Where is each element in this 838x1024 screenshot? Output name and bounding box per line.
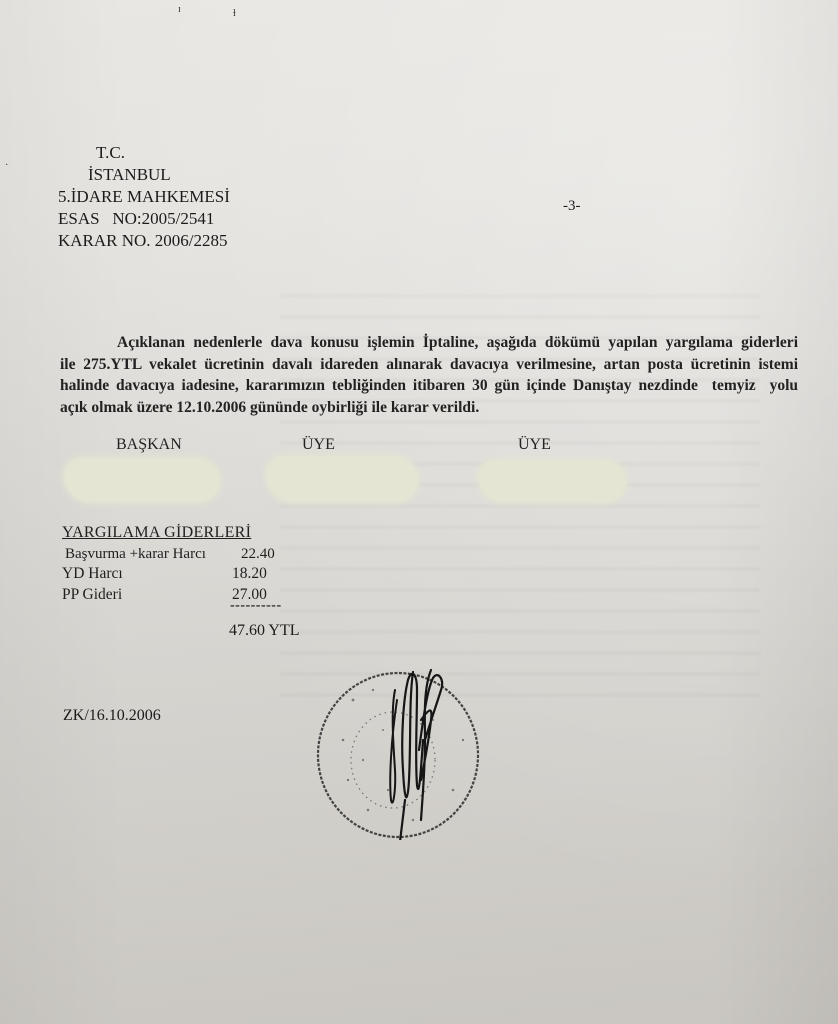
ink-speck: · (5, 160, 8, 171)
costs-title: YARGILAMA GİDERLERİ (62, 523, 251, 544)
cost-label: Başvurma +karar Harcı (65, 544, 206, 565)
paragraph-line: açık olmak üzere 12.10.2006 gününde oybi… (60, 397, 798, 419)
header-decision-number: KARAR NO. 2006/2285 (58, 230, 230, 252)
redacted-name-president (64, 458, 220, 502)
paragraph-line: halinde davacıya iadesine, kararımızın t… (60, 375, 798, 397)
reference-date: ZK/16.10.2006 (63, 707, 161, 725)
cost-amount: 22.40 (241, 544, 275, 565)
signatory-role-member-2: ÜYE (518, 436, 551, 454)
cost-row: YD Harcı 18.20 (62, 564, 251, 585)
signatory-role-president: BAŞKAN (116, 436, 182, 454)
cost-label: PP Gideri (62, 585, 122, 606)
header-case-number: ESAS NO:2005/2541 (58, 208, 230, 230)
redacted-name-member-1 (266, 456, 418, 502)
signatory-role-member-1: ÜYE (302, 436, 335, 454)
seal-signature-icon (313, 660, 483, 840)
paragraph-line: ile 275.YTL vekalet ücretinin davalı ida… (60, 354, 798, 376)
court-seal (313, 660, 483, 840)
cost-row: PP Gideri 27.00 (62, 585, 251, 606)
paragraph-line: Açıklanan nedenlerle dava konusu işlemin… (60, 332, 798, 354)
header-country: T.C. (58, 142, 230, 164)
header-city: İSTANBUL (58, 164, 230, 186)
header-court: 5.İDARE MAHKEMESİ (58, 186, 230, 208)
cost-amount: 18.20 (232, 564, 267, 585)
cost-total: 47.60 YTL (229, 622, 300, 640)
cost-label: YD Harcı (62, 564, 123, 585)
costs-section: YARGILAMA GİDERLERİ Başvurma +karar Harc… (62, 523, 251, 605)
redacted-name-member-2 (478, 460, 626, 502)
document-header: T.C. İSTANBUL 5.İDARE MAHKEMESİ ESAS NO:… (58, 142, 230, 252)
decision-paragraph: Açıklanan nedenlerle dava konusu işlemin… (60, 332, 798, 418)
sum-separator: ---------- (230, 598, 282, 614)
ink-speck: ɪ (178, 4, 181, 15)
page-number: -3- (563, 198, 581, 215)
cost-row: Başvurma +karar Harcı 22.40 (62, 544, 251, 565)
ink-speck: ɫ (233, 8, 236, 19)
